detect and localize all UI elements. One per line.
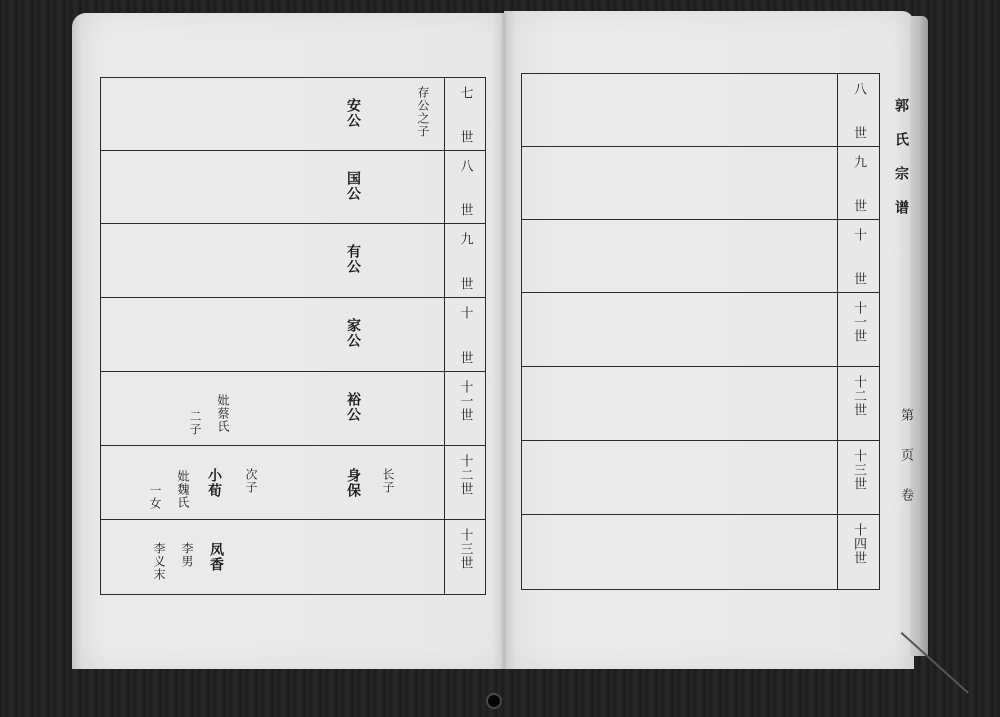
page-stack-edge: [910, 16, 928, 656]
children-note: 一女: [149, 484, 161, 510]
lineage-note: 次子: [245, 468, 257, 494]
generation-cell: 十二世: [444, 446, 485, 519]
table-hole: [486, 693, 502, 709]
generation-suffix: 世: [459, 203, 472, 216]
spouse-note: 李男: [181, 542, 193, 568]
genealogy-row: 十二世 长子 身保 次子 小荀 妣魏氏 一女: [101, 446, 485, 520]
generation-number: 十一世: [459, 380, 472, 422]
generation-number: 十四世: [852, 523, 865, 565]
generation-number: 十三世: [852, 449, 865, 491]
generation-cell: 九 世: [837, 147, 879, 219]
volume-page-labels: 第页卷: [896, 408, 915, 528]
spouse-name: 李义末: [153, 542, 165, 581]
genealogy-row: 十一世 裕公 妣蔡氏 二子: [101, 372, 485, 446]
spouse-note: 妣魏氏: [177, 470, 189, 509]
ancestor-name: 安公: [346, 98, 360, 128]
lineage-note: 存公之子: [417, 86, 429, 138]
generation-suffix: 世: [459, 277, 472, 290]
generation-number: 八: [459, 159, 472, 172]
ancestor-name: 裕公: [346, 392, 360, 422]
right-genealogy-table: 八 世 九 世 十 世 十一世 十二世 十三世 十四世: [521, 73, 880, 590]
generation-number: 十: [459, 306, 472, 319]
generation-cell: 十 世: [837, 220, 879, 292]
generation-cell: 十一世: [444, 372, 485, 445]
generation-suffix: 世: [852, 126, 865, 139]
ancestor-name: 身保: [346, 468, 360, 498]
genealogy-row: 九 世 有公: [101, 224, 485, 298]
generation-suffix: 世: [459, 130, 472, 143]
generation-suffix: 世: [852, 272, 865, 285]
genealogy-row: 十 世: [522, 220, 879, 293]
generation-cell: 八 世: [837, 74, 879, 146]
genealogy-row: 十二世: [522, 367, 879, 441]
genealogy-row: 十三世 凤香 李男 李义末: [101, 520, 485, 594]
genealogy-row: 七 世 安公 存公之子: [101, 78, 485, 151]
genealogy-row: 八 世 国公: [101, 151, 485, 224]
generation-number: 十一世: [852, 301, 865, 343]
generation-cell: 十二世: [837, 367, 879, 440]
generation-number: 十: [852, 228, 865, 241]
generation-number: 八: [852, 82, 865, 95]
genealogy-row: 十四世: [522, 515, 879, 589]
generation-number: 七: [459, 86, 472, 99]
book-spine: [500, 13, 508, 669]
generation-cell: 七 世: [444, 78, 485, 150]
genealogy-row: 十 世 家公: [101, 298, 485, 372]
generation-number: 十二世: [852, 375, 865, 417]
generation-number: 十二世: [459, 454, 472, 496]
generation-cell: 十三世: [444, 520, 485, 594]
document-title: 郭氏宗谱: [891, 98, 911, 234]
lineage-note: 长子: [382, 468, 394, 494]
generation-suffix: 世: [459, 351, 472, 364]
ancestor-name: 家公: [346, 318, 360, 348]
generation-cell: 十四世: [837, 515, 879, 589]
generation-cell: 十三世: [837, 441, 879, 514]
generation-number: 九: [459, 232, 472, 245]
generation-number: 九: [852, 155, 865, 168]
left-genealogy-table: 七 世 安公 存公之子 八 世 国公 九 世 有公 十 世 家公 十一世 裕公 …: [100, 77, 486, 595]
genealogy-row: 十三世: [522, 441, 879, 515]
generation-cell: 十一世: [837, 293, 879, 366]
generation-suffix: 世: [852, 199, 865, 212]
generation-cell: 十 世: [444, 298, 485, 371]
ancestor-name: 有公: [346, 244, 360, 274]
ancestor-name: 小荀: [207, 468, 221, 498]
genealogy-row: 八 世: [522, 74, 879, 147]
generation-cell: 九 世: [444, 224, 485, 297]
ancestor-name: 国公: [346, 171, 360, 201]
generation-number: 十三世: [459, 528, 472, 570]
ancestor-name: 凤香: [209, 542, 223, 572]
genealogy-row: 十一世: [522, 293, 879, 367]
genealogy-row: 九 世: [522, 147, 879, 220]
spouse-note: 妣蔡氏: [217, 394, 229, 433]
generation-cell: 八 世: [444, 151, 485, 223]
children-note: 二子: [189, 410, 201, 436]
